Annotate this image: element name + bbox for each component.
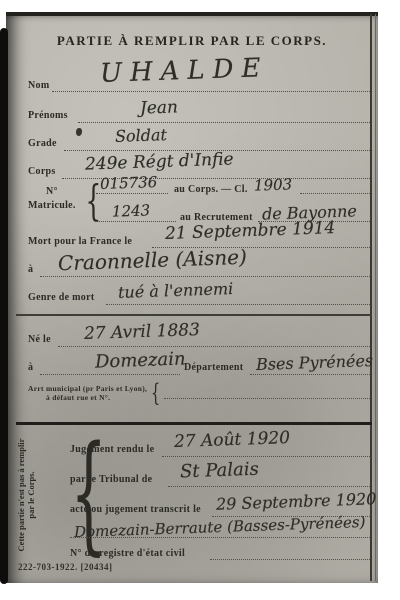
departement-value: Bses Pyrénées — [256, 351, 374, 374]
dotted-line — [300, 193, 370, 194]
matricule-corps-value: 015736 — [100, 173, 158, 193]
tribunal-value: St Palais — [180, 459, 259, 483]
au-corps-label: au Corps. — Cl. — [174, 184, 248, 195]
ne-le-value: 27 Avril 1883 — [84, 320, 201, 344]
matricule-label-2: Matricule. — [28, 200, 76, 211]
jugement-rendu-value: 27 Août 1920 — [174, 428, 291, 452]
dotted-line — [168, 486, 370, 487]
classe-value: 1903 — [254, 175, 293, 194]
section-divider — [16, 314, 372, 316]
dotted-line — [250, 374, 370, 375]
ne-le-label: Né le — [28, 334, 51, 345]
dotted-line — [58, 346, 370, 347]
grade-value: Soldat — [115, 125, 168, 146]
matricule-label-1: N° — [46, 186, 58, 197]
tribunal-label: par le Tribunal de — [70, 474, 152, 485]
dotted-line — [40, 276, 370, 277]
form-title: PARTIE À REMPLIR PAR LE CORPS. — [6, 33, 378, 49]
prenoms-label: Prénoms — [28, 110, 68, 121]
registre-label: N° du registre d'état civil — [70, 548, 185, 559]
dotted-line — [78, 122, 370, 123]
dotted-line — [162, 456, 370, 457]
dotted-line — [164, 398, 370, 399]
jugement-rendu-label: Jugement rendu le — [70, 444, 154, 455]
card-top-edge — [6, 12, 378, 16]
arrondissement-label-2: à défaut rue et N°. — [46, 393, 110, 402]
scan-left-edge — [0, 28, 8, 584]
mort-le-label: Mort pour la France le — [28, 236, 132, 247]
ne-lieu-value: Domezain — [95, 348, 186, 372]
dotted-line — [96, 221, 176, 222]
grade-label: Grade — [28, 138, 57, 149]
departement-label: Département — [184, 362, 243, 373]
prenoms-value: Jean — [140, 97, 179, 118]
arrondissement-brace: { — [151, 381, 160, 405]
mort-lieu-label: à — [28, 264, 33, 275]
corps-label: Corps — [28, 166, 56, 177]
transcrit-label: acte ou jugement transcrit le — [70, 504, 201, 515]
ne-lieu-label: à — [28, 362, 33, 373]
matricule-recrutement-value: 1243 — [112, 201, 151, 220]
section-divider-thick — [16, 422, 372, 425]
nom-value: UHALDE — [100, 53, 269, 89]
dotted-line — [210, 559, 370, 560]
side-note-vertical: Cette partie n'est pas à remplir par le … — [16, 433, 56, 557]
nom-label: Nom — [28, 80, 49, 91]
genre-mort-value: tué à l'ennemi — [118, 279, 234, 302]
dotted-line — [52, 91, 370, 92]
dotted-line — [96, 193, 168, 194]
dotted-line — [106, 304, 370, 305]
dotted-line — [40, 374, 180, 375]
matricule-brace: { — [85, 180, 101, 222]
arrondissement-label-1: Arrt municipal (pr Paris et Lyon), — [28, 384, 147, 393]
genre-mort-label: Genre de mort — [28, 292, 94, 303]
printer-code: 222-703-1922. [20434] — [18, 562, 113, 572]
